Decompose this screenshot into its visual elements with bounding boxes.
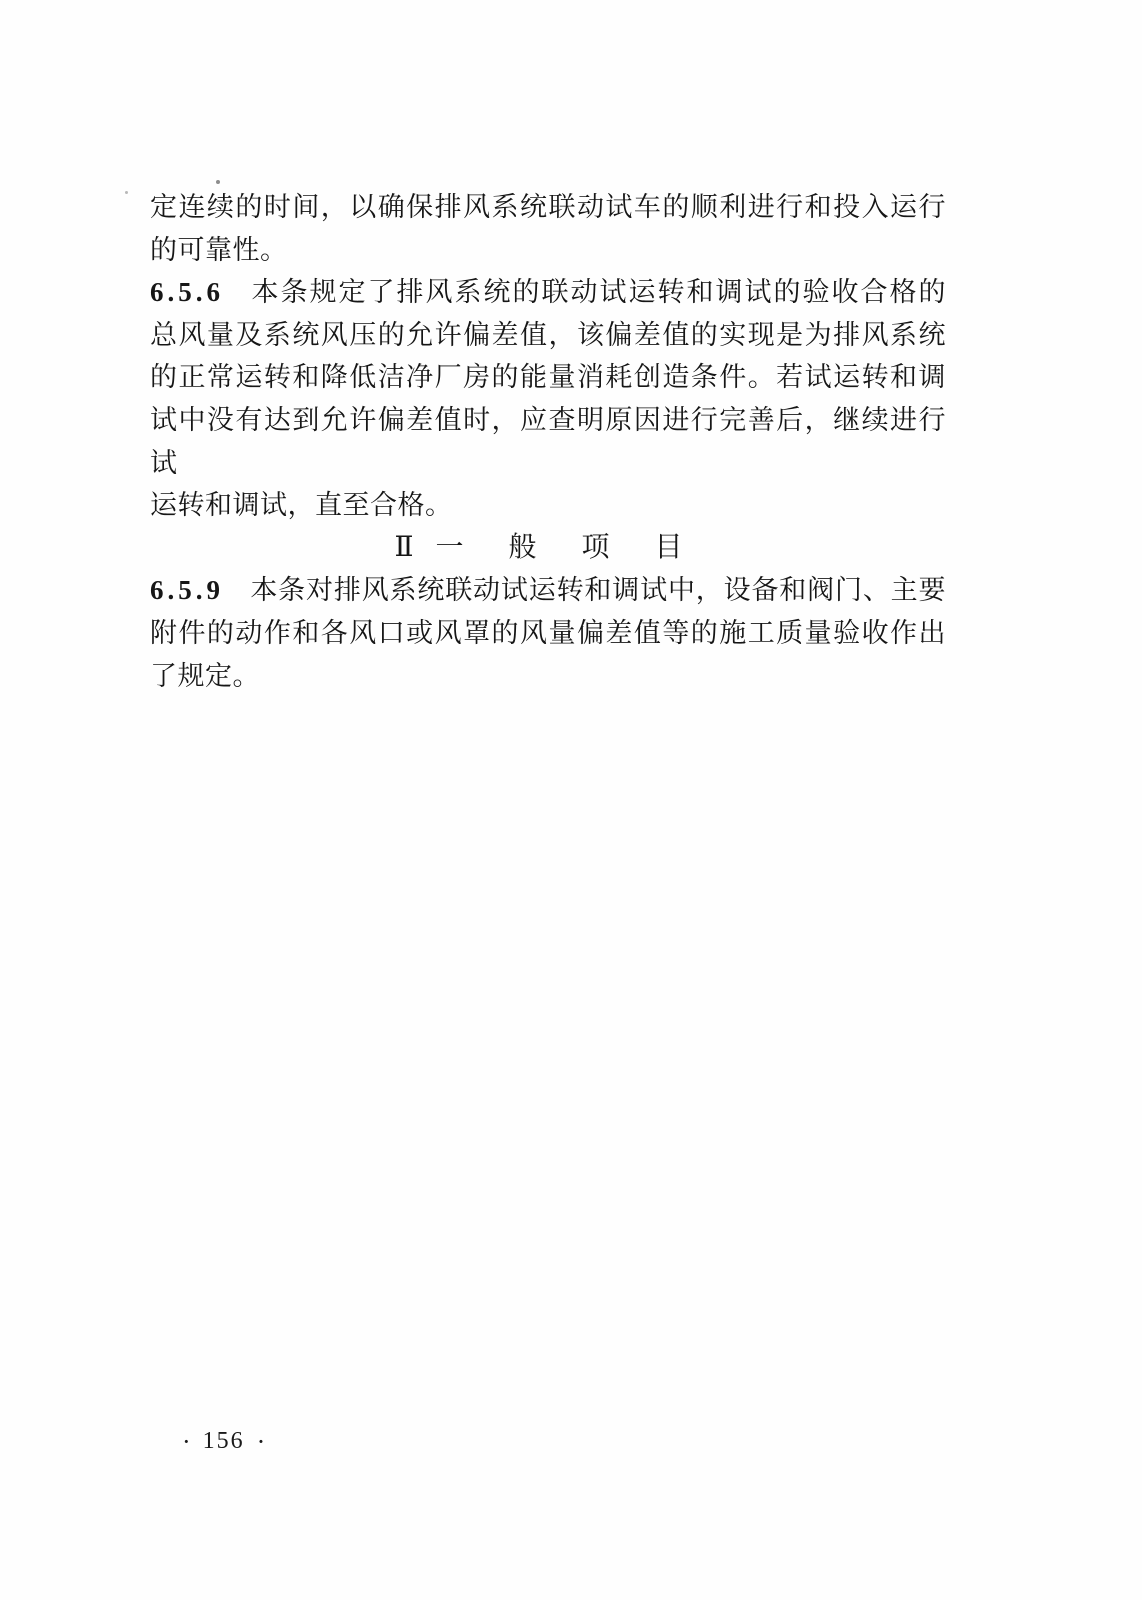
body-text: 试中没有达到允许偏差值时，应查明原因进行完善后，继续进行试 xyxy=(150,405,946,478)
body-text: 本条对排风系统联动试运转和调试中，设备和阀门、主要 xyxy=(250,575,946,605)
body-line: 的可靠性。 xyxy=(150,229,946,272)
page-number: 156 xyxy=(203,1428,245,1455)
body-line: 附件的动作和各风口或风罩的风量偏差值等的施工质量验收作出 xyxy=(150,612,946,655)
scan-speck xyxy=(216,180,220,184)
body-text: 定连续的时间，以确保排风系统联动试车的顺利进行和投入运行 xyxy=(150,192,946,222)
clause-line: 6.5.9本条对排风系统联动试运转和调试中，设备和阀门、主要 xyxy=(150,569,946,612)
body-text: 了规定。 xyxy=(150,661,260,691)
document-page: 定连续的时间，以确保排风系统联动试车的顺利进行和投入运行 的可靠性。 6.5.6… xyxy=(0,0,1142,1600)
body-line: 定连续的时间，以确保排风系统联动试车的顺利进行和投入运行 xyxy=(150,186,946,229)
body-text: 总风量及系统风压的允许偏差值，该偏差值的实现是为排风系统 xyxy=(150,320,946,350)
section-numeral: Ⅱ xyxy=(394,532,413,563)
clause-number: 6.5.6 xyxy=(150,277,224,307)
body-text: 运转和调试，直至合格。 xyxy=(150,490,453,520)
page-footer: · 156 · xyxy=(170,1428,277,1455)
body-text: 本条规定了排风系统的联动试运转和调试的验收合格的 xyxy=(250,277,946,307)
section-heading: Ⅱ一 般 项 目 xyxy=(150,527,946,570)
body-line: 了规定。 xyxy=(150,655,946,698)
body-line: 总风量及系统风压的允许偏差值，该偏差值的实现是为排风系统 xyxy=(150,314,946,357)
body-text: 的正常运转和降低洁净厂房的能量消耗创造条件。若试运转和调 xyxy=(150,362,946,392)
body-line: 试中没有达到允许偏差值时，应查明原因进行完善后，继续进行试 xyxy=(150,399,946,484)
page-body: 定连续的时间，以确保排风系统联动试车的顺利进行和投入运行 的可靠性。 6.5.6… xyxy=(150,186,946,697)
section-title: 一 般 项 目 xyxy=(436,532,702,563)
body-line: 的正常运转和降低洁净厂房的能量消耗创造条件。若试运转和调 xyxy=(150,356,946,399)
footer-dot: · xyxy=(257,1429,266,1455)
clause-number: 6.5.9 xyxy=(150,575,224,605)
clause-line: 6.5.6本条规定了排风系统的联动试运转和调试的验收合格的 xyxy=(150,271,946,314)
body-line: 运转和调试，直至合格。 xyxy=(150,484,946,527)
scan-speck xyxy=(125,191,128,194)
body-text: 的可靠性。 xyxy=(150,235,288,265)
footer-dot: · xyxy=(182,1429,191,1455)
body-text: 附件的动作和各风口或风罩的风量偏差值等的施工质量验收作出 xyxy=(150,618,946,648)
